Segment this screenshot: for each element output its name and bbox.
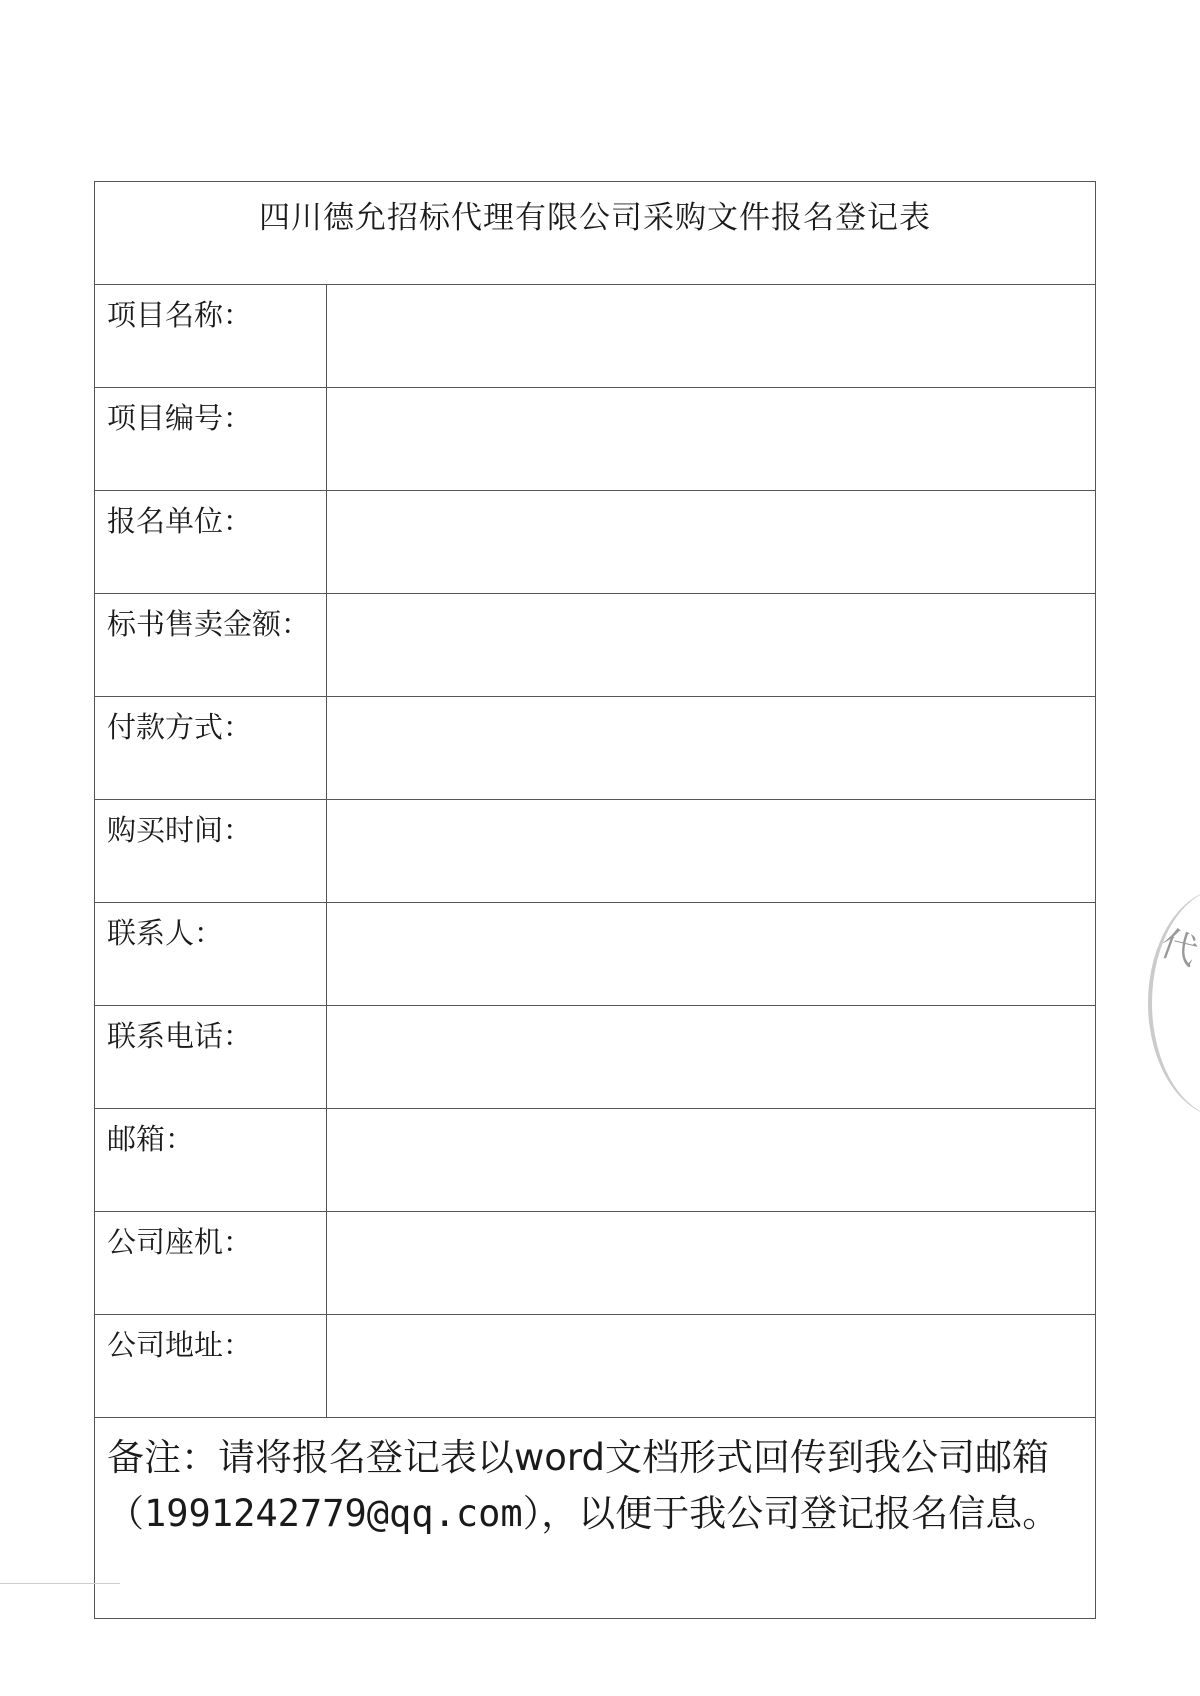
- field-label: 邮箱：: [95, 1109, 327, 1211]
- field-project-name: 项目名称：: [95, 285, 1095, 388]
- field-label: 公司地址：: [95, 1315, 327, 1417]
- field-payment-method: 付款方式：: [95, 697, 1095, 800]
- field-label: 项目编号：: [95, 388, 327, 490]
- field-value[interactable]: [327, 903, 1095, 1005]
- field-label: 公司座机：: [95, 1212, 327, 1314]
- field-registrant-unit: 报名单位：: [95, 491, 1095, 594]
- field-label: 联系人：: [95, 903, 327, 1005]
- field-project-number: 项目编号：: [95, 388, 1095, 491]
- field-value[interactable]: [327, 594, 1095, 696]
- field-company-landline: 公司座机：: [95, 1212, 1095, 1315]
- note-email: 1991242779@qq.com: [144, 1492, 523, 1535]
- registration-form: 四川德允招标代理有限公司采购文件报名登记表 项目名称： 项目编号： 报名单位： …: [94, 181, 1096, 1619]
- field-label: 联系电话：: [95, 1006, 327, 1108]
- field-label: 标书售卖金额：: [95, 594, 327, 696]
- field-label: 报名单位：: [95, 491, 327, 593]
- field-contact-phone: 联系电话：: [95, 1006, 1095, 1109]
- field-value[interactable]: [327, 1109, 1095, 1211]
- page-divider: [0, 1583, 120, 1584]
- form-title: 四川德允招标代理有限公司采购文件报名登记表: [259, 192, 931, 237]
- field-value[interactable]: [327, 1006, 1095, 1108]
- field-purchase-time: 购买时间：: [95, 800, 1095, 903]
- field-company-address: 公司地址：: [95, 1315, 1095, 1418]
- field-tender-price: 标书售卖金额：: [95, 594, 1095, 697]
- field-value[interactable]: [327, 1315, 1095, 1417]
- note: 备注：请将报名登记表以word文档形式回传到我公司邮箱（1991242779@q…: [95, 1418, 1095, 1618]
- field-email: 邮箱：: [95, 1109, 1095, 1212]
- field-contact-person: 联系人：: [95, 903, 1095, 1006]
- title-row: 四川德允招标代理有限公司采购文件报名登记表: [95, 182, 1095, 285]
- note-suffix: ），以便于我公司登记报名信息。: [523, 1492, 1060, 1535]
- field-value[interactable]: [327, 697, 1095, 799]
- field-value[interactable]: [327, 285, 1095, 387]
- field-value[interactable]: [327, 1212, 1095, 1314]
- field-value[interactable]: [327, 491, 1095, 593]
- field-label: 项目名称：: [95, 285, 327, 387]
- field-value[interactable]: [327, 388, 1095, 490]
- field-label: 购买时间：: [95, 800, 327, 902]
- field-label: 付款方式：: [95, 697, 327, 799]
- field-value[interactable]: [327, 800, 1095, 902]
